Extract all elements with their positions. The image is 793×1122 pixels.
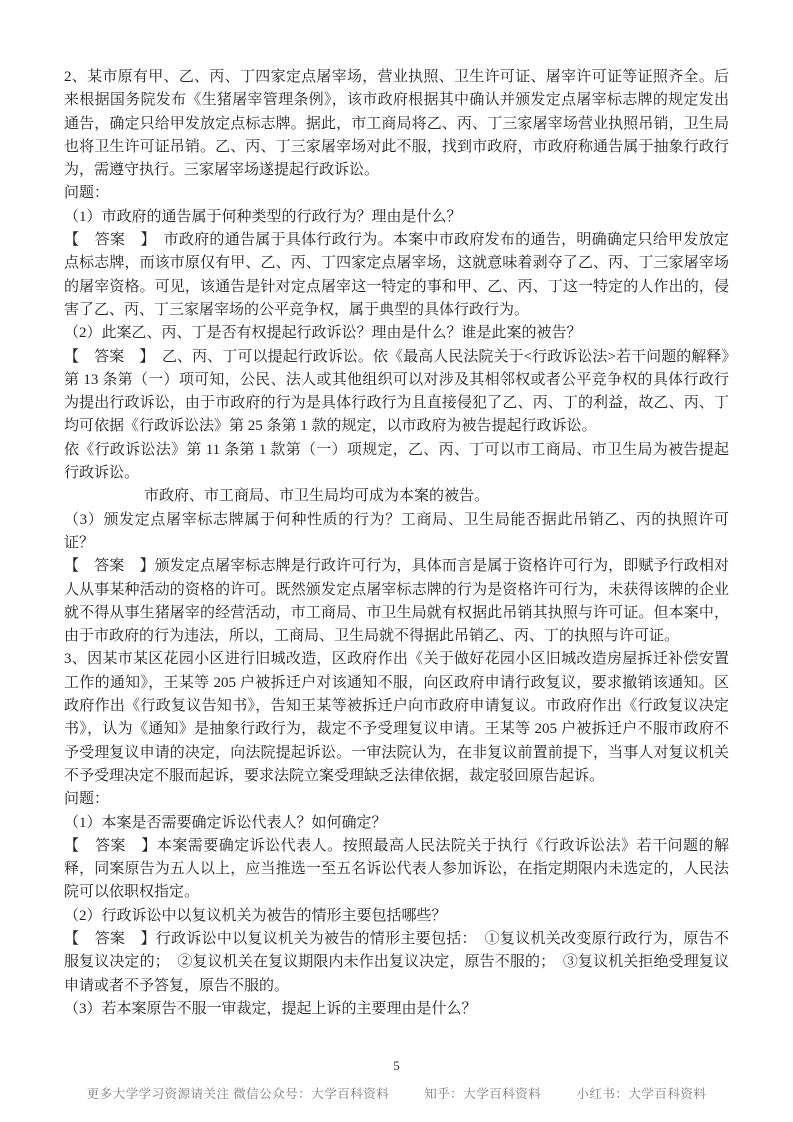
page-number: 5 [0,1058,793,1074]
paragraph-question: （1）市政府的通告属于何种类型的行政行为？理由是什么？ [64,206,729,229]
paragraph-indented: 市政府、市工商局、市卫生局均可成为本案的被告。 [64,485,729,508]
paragraph-label: 问题： [64,182,729,205]
document-body: 2、某市原有甲、乙、丙、丁四家定点屠宰场，营业执照、卫生许可证、屠宰许可证等证照… [64,66,729,1021]
paragraph-question: （3）颁发定点屠宰标志牌属于何种性质的行为？工商局、卫生局能否据此吊销乙、丙的执… [64,509,729,556]
footer-note-xiaohongshu: 小红书：大学百科资料 [576,1084,706,1102]
paragraph-body: 3、因某市某区花园小区进行旧城改造，区政府作出《关于做好花园小区旧城改造房屋拆迁… [64,648,729,788]
paragraph-answer: 【 答案 】颁发定点屠宰标志牌是行政许可行为，具体而言是属于资格许可行为，即赋予… [64,555,729,648]
document-page: 2、某市原有甲、乙、丙、丁四家定点屠宰场，营业执照、卫生许可证、屠宰许可证等证照… [0,0,793,1122]
footer-note-wechat: 更多大学学习资源请关注 微信公众号：大学百科资料 [87,1084,390,1102]
paragraph-answer: 【 答案 】本案需要确定诉讼代表人。按照最高人民法院关于执行《行政诉讼法》若干问… [64,835,729,905]
paragraph-body: 2、某市原有甲、乙、丙、丁四家定点屠宰场，营业执照、卫生许可证、屠宰许可证等证照… [64,66,729,182]
paragraph-answer: 【 答案 】行政诉讼中以复议机关为被告的情形主要包括： ①复议机关改变原行政行为… [64,928,729,998]
page-footer: 更多大学学习资源请关注 微信公众号：大学百科资料 知乎：大学百科资料 小红书：大… [0,1084,793,1102]
paragraph-label: 问题： [64,788,729,811]
paragraph-answer: 【 答案 】 市政府的通告属于具体行政行为。本案中市政府发布的通告，明确确定只给… [64,229,729,322]
paragraph-body: 依《行政诉讼法》第 11 条第 1 款第（一）项规定，乙、丙、丁可以市工商局、市… [64,439,729,486]
footer-note-zhihu: 知乎：大学百科资料 [424,1084,541,1102]
paragraph-question: （2）此案乙、丙、丁是否有权提起行政诉讼？理由是什么？谁是此案的被告？ [64,322,729,345]
paragraph-question: （1）本案是否需要确定诉讼代表人？如何确定？ [64,812,729,835]
paragraph-question: （3）若本案原告不服一审裁定，提起上诉的主要理由是什么？ [64,998,729,1021]
paragraph-answer: 【 答案 】 乙、丙、丁可以提起行政诉讼。依《最高人民法院关于<行政诉讼法>若干… [64,346,729,439]
paragraph-question: （2）行政诉讼中以复议机关为被告的情形主要包括哪些？ [64,905,729,928]
